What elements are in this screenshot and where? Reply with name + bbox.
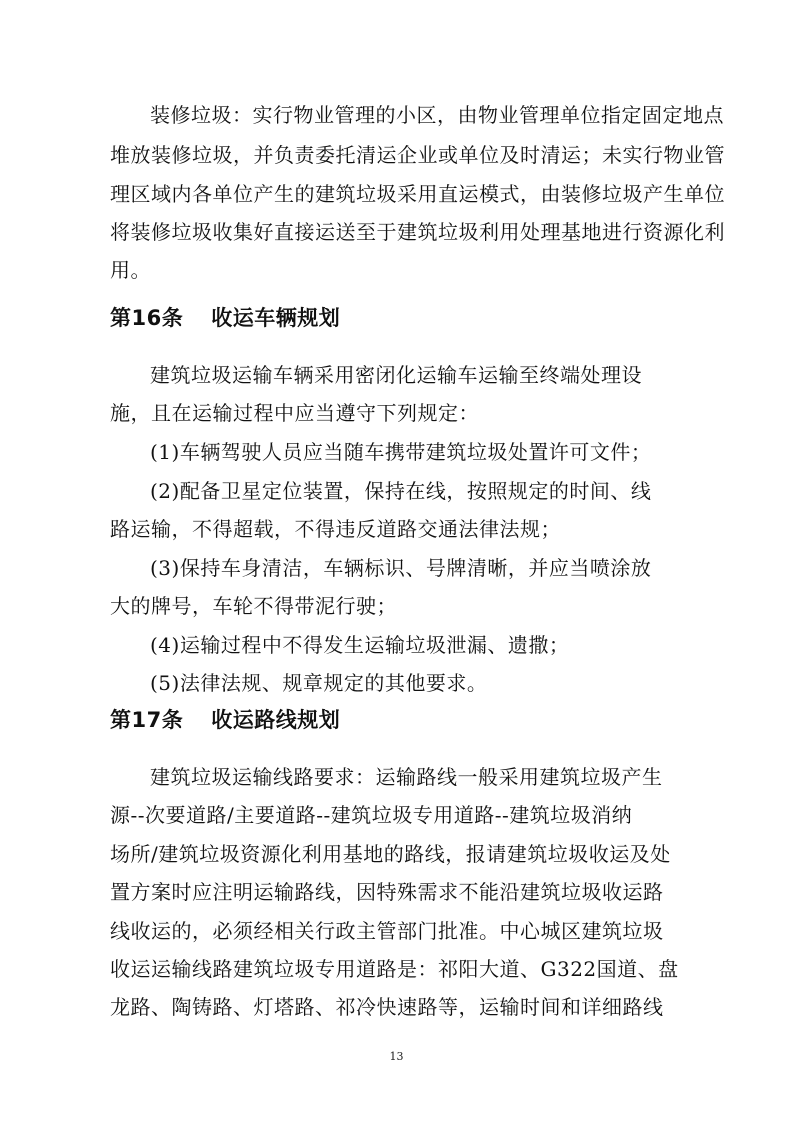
rule-item-4: (4)运输过程中不得发生运输垃圾泄漏、遗撒； <box>150 633 730 657</box>
rule-item-3-cont: 大的牌号，车轮不得带泥行驶； <box>110 594 690 618</box>
article-title: 收运车辆规划 <box>211 306 340 330</box>
paragraph-line: 置方案时应注明运输路线，因特殊需求不能沿建筑垃圾收运路 <box>110 880 690 904</box>
rule-item-5: (5)法律法规、规章规定的其他要求。 <box>150 671 730 695</box>
paragraph-line: 龙路、陶铸路、灯塔路、祁冷快速路等，运输时间和详细路线 <box>110 995 690 1019</box>
paragraph-line: 装修垃圾：实行物业管理的小区，由物业管理单位指定固定地点 <box>150 103 730 127</box>
article-number: 第17条 <box>110 708 183 732</box>
paragraph-line: 收运运输线路建筑垃圾专用道路是：祁阳大道、G322国道、盘 <box>110 957 690 981</box>
rule-item-3: (3)保持车身清洁，车辆标识、号牌清晰，并应当喷涂放 <box>150 556 730 580</box>
paragraph-line: 场所/建筑垃圾资源化利用基地的路线，报请建筑垃圾收运及处 <box>110 842 690 866</box>
paragraph-line: 建筑垃圾运输线路要求：运输路线一般采用建筑垃圾产生 <box>150 765 730 789</box>
rule-item-1: (1)车辆驾驶人员应当随车携带建筑垃圾处置许可文件； <box>150 440 730 464</box>
paragraph-line: 堆放装修垃圾，并负责委托清运企业或单位及时清运；未实行物业管 <box>110 143 690 167</box>
article-16-heading: 第16条收运车辆规划 <box>110 306 690 330</box>
article-title: 收运路线规划 <box>211 708 340 732</box>
paragraph-line: 源--次要道路/主要道路--建筑垃圾专用道路--建筑垃圾消纳 <box>110 803 690 827</box>
article-17-heading: 第17条收运路线规划 <box>110 708 690 732</box>
paragraph-line: 施，且在运输过程中应当遵守下列规定： <box>110 401 690 425</box>
paragraph-line: 线收运的，必须经相关行政主管部门批准。中心城区建筑垃圾 <box>110 919 690 943</box>
paragraph-line: 建筑垃圾运输车辆采用密闭化运输车运输至终端处理设 <box>150 363 730 387</box>
article-number: 第16条 <box>110 306 183 330</box>
page-number: 13 <box>0 1050 793 1063</box>
paragraph-line: 理区域内各单位产生的建筑垃圾采用直运模式，由装修垃圾产生单位 <box>110 182 690 206</box>
rule-item-2-cont: 路运输，不得超载，不得违反道路交通法律法规； <box>110 517 690 541</box>
document-page: 装修垃圾：实行物业管理的小区，由物业管理单位指定固定地点 堆放装修垃圾，并负责委… <box>0 0 793 1122</box>
paragraph-line: 用。 <box>110 258 690 282</box>
paragraph-line: 将装修垃圾收集好直接运送至于建筑垃圾利用处理基地进行资源化利 <box>110 220 690 244</box>
rule-item-2: (2)配备卫星定位装置，保持在线，按照规定的时间、线 <box>150 479 730 503</box>
